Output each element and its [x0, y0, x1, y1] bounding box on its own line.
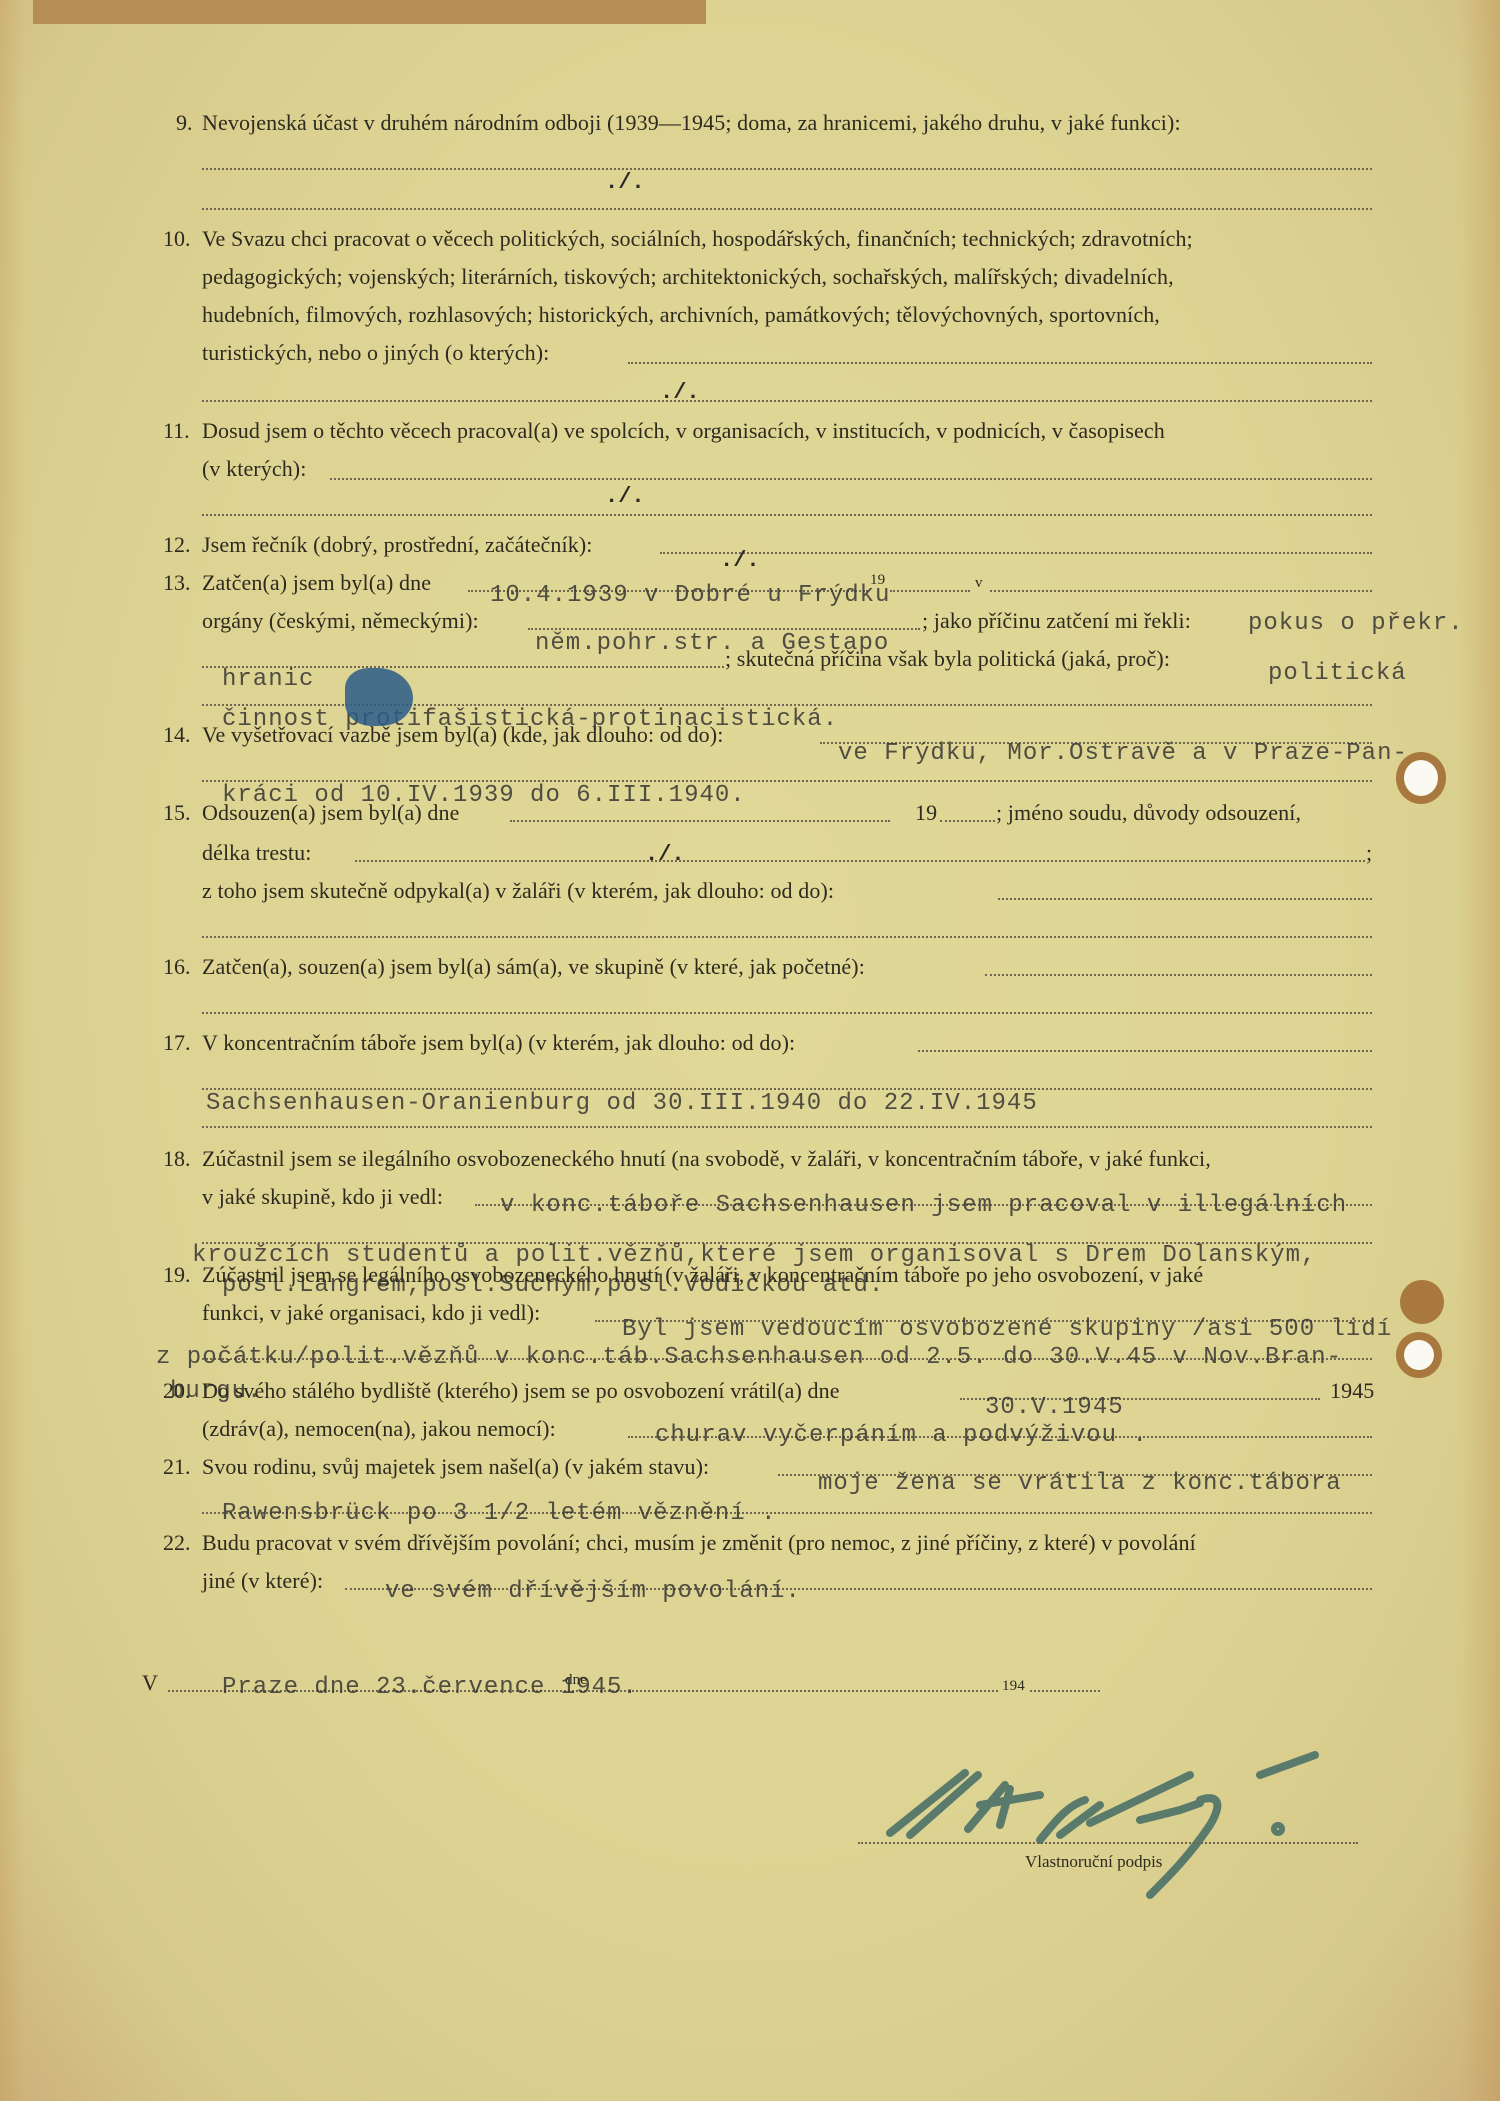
answer-line [202, 208, 1372, 210]
item-number: 21. [163, 1454, 191, 1480]
answer-20-health: churav vyčerpáním a podvýživou . [655, 1422, 1148, 1449]
rust-stain [1400, 1280, 1444, 1324]
answer-line [990, 590, 1372, 592]
paper-top-strip [33, 0, 706, 24]
answer-line [660, 552, 1372, 554]
question-15-court-label: ; jméno soudu, důvody odsouzení, [996, 800, 1301, 826]
item-number: 15. [163, 800, 191, 826]
answer-11: ./. [605, 484, 645, 509]
answer-13-reason-told-2: hranic [222, 666, 314, 693]
answer-13-reason-told-1: pokus o překr. [1248, 610, 1464, 637]
day-label: dne [565, 1672, 587, 1689]
answer-line [202, 400, 1372, 402]
item-number: 16. [163, 954, 191, 980]
question-10-line1: Ve Svazu chci pracovat o věcech politick… [202, 226, 1193, 252]
answer-line [918, 1050, 1372, 1052]
item-number: 9. [176, 110, 193, 136]
item-number: 12. [163, 532, 191, 558]
item-number: 10. [163, 226, 191, 252]
answer-22: ve svém dřívějším povolání. [385, 1578, 801, 1605]
answer-19-line2: z počátku/polit.vězňů v konc.táb.Sachsen… [156, 1344, 1342, 1371]
year-label: 194 [1002, 1678, 1025, 1695]
question-11-line1: Dosud jsem o těchto věcech pracoval(a) v… [202, 418, 1165, 444]
answer-21-line2: Rawensbrück po 3 1/2 letém věznění . [222, 1500, 776, 1527]
punch-hole [1404, 1340, 1434, 1370]
question-20-line2: (zdráv(a), nemocen(na), jakou nemocí): [202, 1416, 556, 1442]
question-21: Svou rodinu, svůj majetek jsem našel(a) … [202, 1454, 709, 1480]
ink-blot [345, 668, 413, 726]
answer-15: ./. [645, 842, 685, 867]
place-label: v [975, 575, 983, 592]
question-20-line1: Do svého stálého bydliště (kterého) jsem… [202, 1378, 840, 1404]
semicolon: ; [1366, 840, 1372, 866]
answer-line [940, 820, 995, 822]
signature-line [858, 1842, 1358, 1844]
answer-20-date: 30.V.1945 [985, 1394, 1124, 1421]
question-10-line4: turistických, nebo o jiných (o kterých): [202, 340, 549, 366]
answer-13-real-reason-1: politická [1268, 660, 1407, 687]
answer-line [330, 478, 1372, 480]
question-12: Jsem řečník (dobrý, prostřední, začátečn… [202, 532, 592, 558]
answer-line [985, 974, 1372, 976]
answer-21-line1: moje žena se vrátila z konc.tábora [818, 1470, 1342, 1497]
year-prefix: 19 [915, 800, 937, 826]
answer-12: ./. [720, 548, 760, 573]
answer-17: Sachsenhausen-Oranienburg od 30.III.1940… [206, 1090, 1038, 1117]
punch-hole [1404, 760, 1438, 796]
question-10-line2: pedagogických; vojenských; literárních, … [202, 264, 1174, 290]
question-13-organs-label: orgány (českými, německými): [202, 608, 479, 634]
item-number: 14. [163, 722, 191, 748]
question-17: V koncentračním táboře jsem byl(a) (v kt… [202, 1030, 795, 1056]
question-15-date-label: Odsouzen(a) jsem byl(a) dne [202, 800, 459, 826]
answer-line [202, 936, 1372, 938]
item-number: 22. [163, 1530, 191, 1556]
answer-line [890, 590, 970, 592]
answer-9: ./. [605, 170, 645, 195]
answer-13-date: 10.4.1939 v Dobré u Frýdku [490, 582, 890, 609]
item-number: 17. [163, 1030, 191, 1056]
item-number: 11. [163, 418, 190, 444]
answer-line [202, 168, 1372, 170]
paper-edge-left [0, 0, 25, 2101]
answer-19-line1: Byl jsem vedoucím osvobozené skupiny /as… [622, 1316, 1392, 1343]
place-label: V [142, 1670, 158, 1696]
question-13-real-reason-label: ; skutečná příčina však byla politická (… [725, 646, 1170, 672]
answer-line [510, 820, 890, 822]
question-16: Zatčen(a), souzen(a) jsem byl(a) sám(a),… [202, 954, 865, 980]
answer-18-line1: v konc.táboře Sachsenhausen jsem pracova… [500, 1192, 1347, 1219]
answer-line [202, 1126, 1372, 1128]
question-13-date-label: Zatčen(a) jsem byl(a) dne [202, 570, 431, 596]
question-14: Ve vyšetřovací vazbě jsem byl(a) (kde, j… [202, 722, 723, 748]
answer-line [628, 362, 1372, 364]
question-9: Nevojenská účast v druhém národním odboj… [202, 110, 1181, 136]
paper-edge-right [1460, 0, 1500, 2101]
question-20-year: 1945 [1330, 1378, 1374, 1404]
question-15-served-label: z toho jsem skutečně odpykal(a) v žaláři… [202, 878, 834, 904]
answer-line [998, 898, 1372, 900]
question-18-line2: v jaké skupině, kdo ji vedl: [202, 1184, 443, 1210]
answer-line [202, 1012, 1372, 1014]
item-number: 19. [163, 1262, 191, 1288]
question-18-line1: Zúčastnil jsem se ilegálního osvobozenec… [202, 1146, 1211, 1172]
answer-line [1030, 1690, 1100, 1692]
question-10-line3: hudebních, filmových, rozhlasových; hist… [202, 302, 1160, 328]
question-15-length-label: délka trestu: [202, 840, 311, 866]
question-19-line2: funkci, v jaké organisaci, kdo ji vedl): [202, 1300, 540, 1326]
question-19-line1: Zúčastnil jsem se legálního osvobozeneck… [202, 1262, 1203, 1288]
item-number: 13. [163, 570, 191, 596]
question-22-line1: Budu pracovat v svém dřívějším povolání;… [202, 1530, 1196, 1556]
signature-label: Vlastnoruční podpis [1025, 1852, 1162, 1872]
answer-14-line1: ve Frýdku, Mor.Ostravě a v Praze-Pan- [838, 740, 1408, 767]
answer-line [355, 860, 1365, 862]
item-number: 20. [163, 1378, 191, 1404]
question-13-reason-told-label: ; jako příčinu zatčení mi řekli: [922, 608, 1191, 634]
handwritten-signature [860, 1745, 1340, 1915]
question-11-line2: (v kterých): [202, 456, 306, 482]
question-22-line2: jiné (v které): [202, 1568, 323, 1594]
item-number: 18. [163, 1146, 191, 1172]
answer-line [202, 514, 1372, 516]
